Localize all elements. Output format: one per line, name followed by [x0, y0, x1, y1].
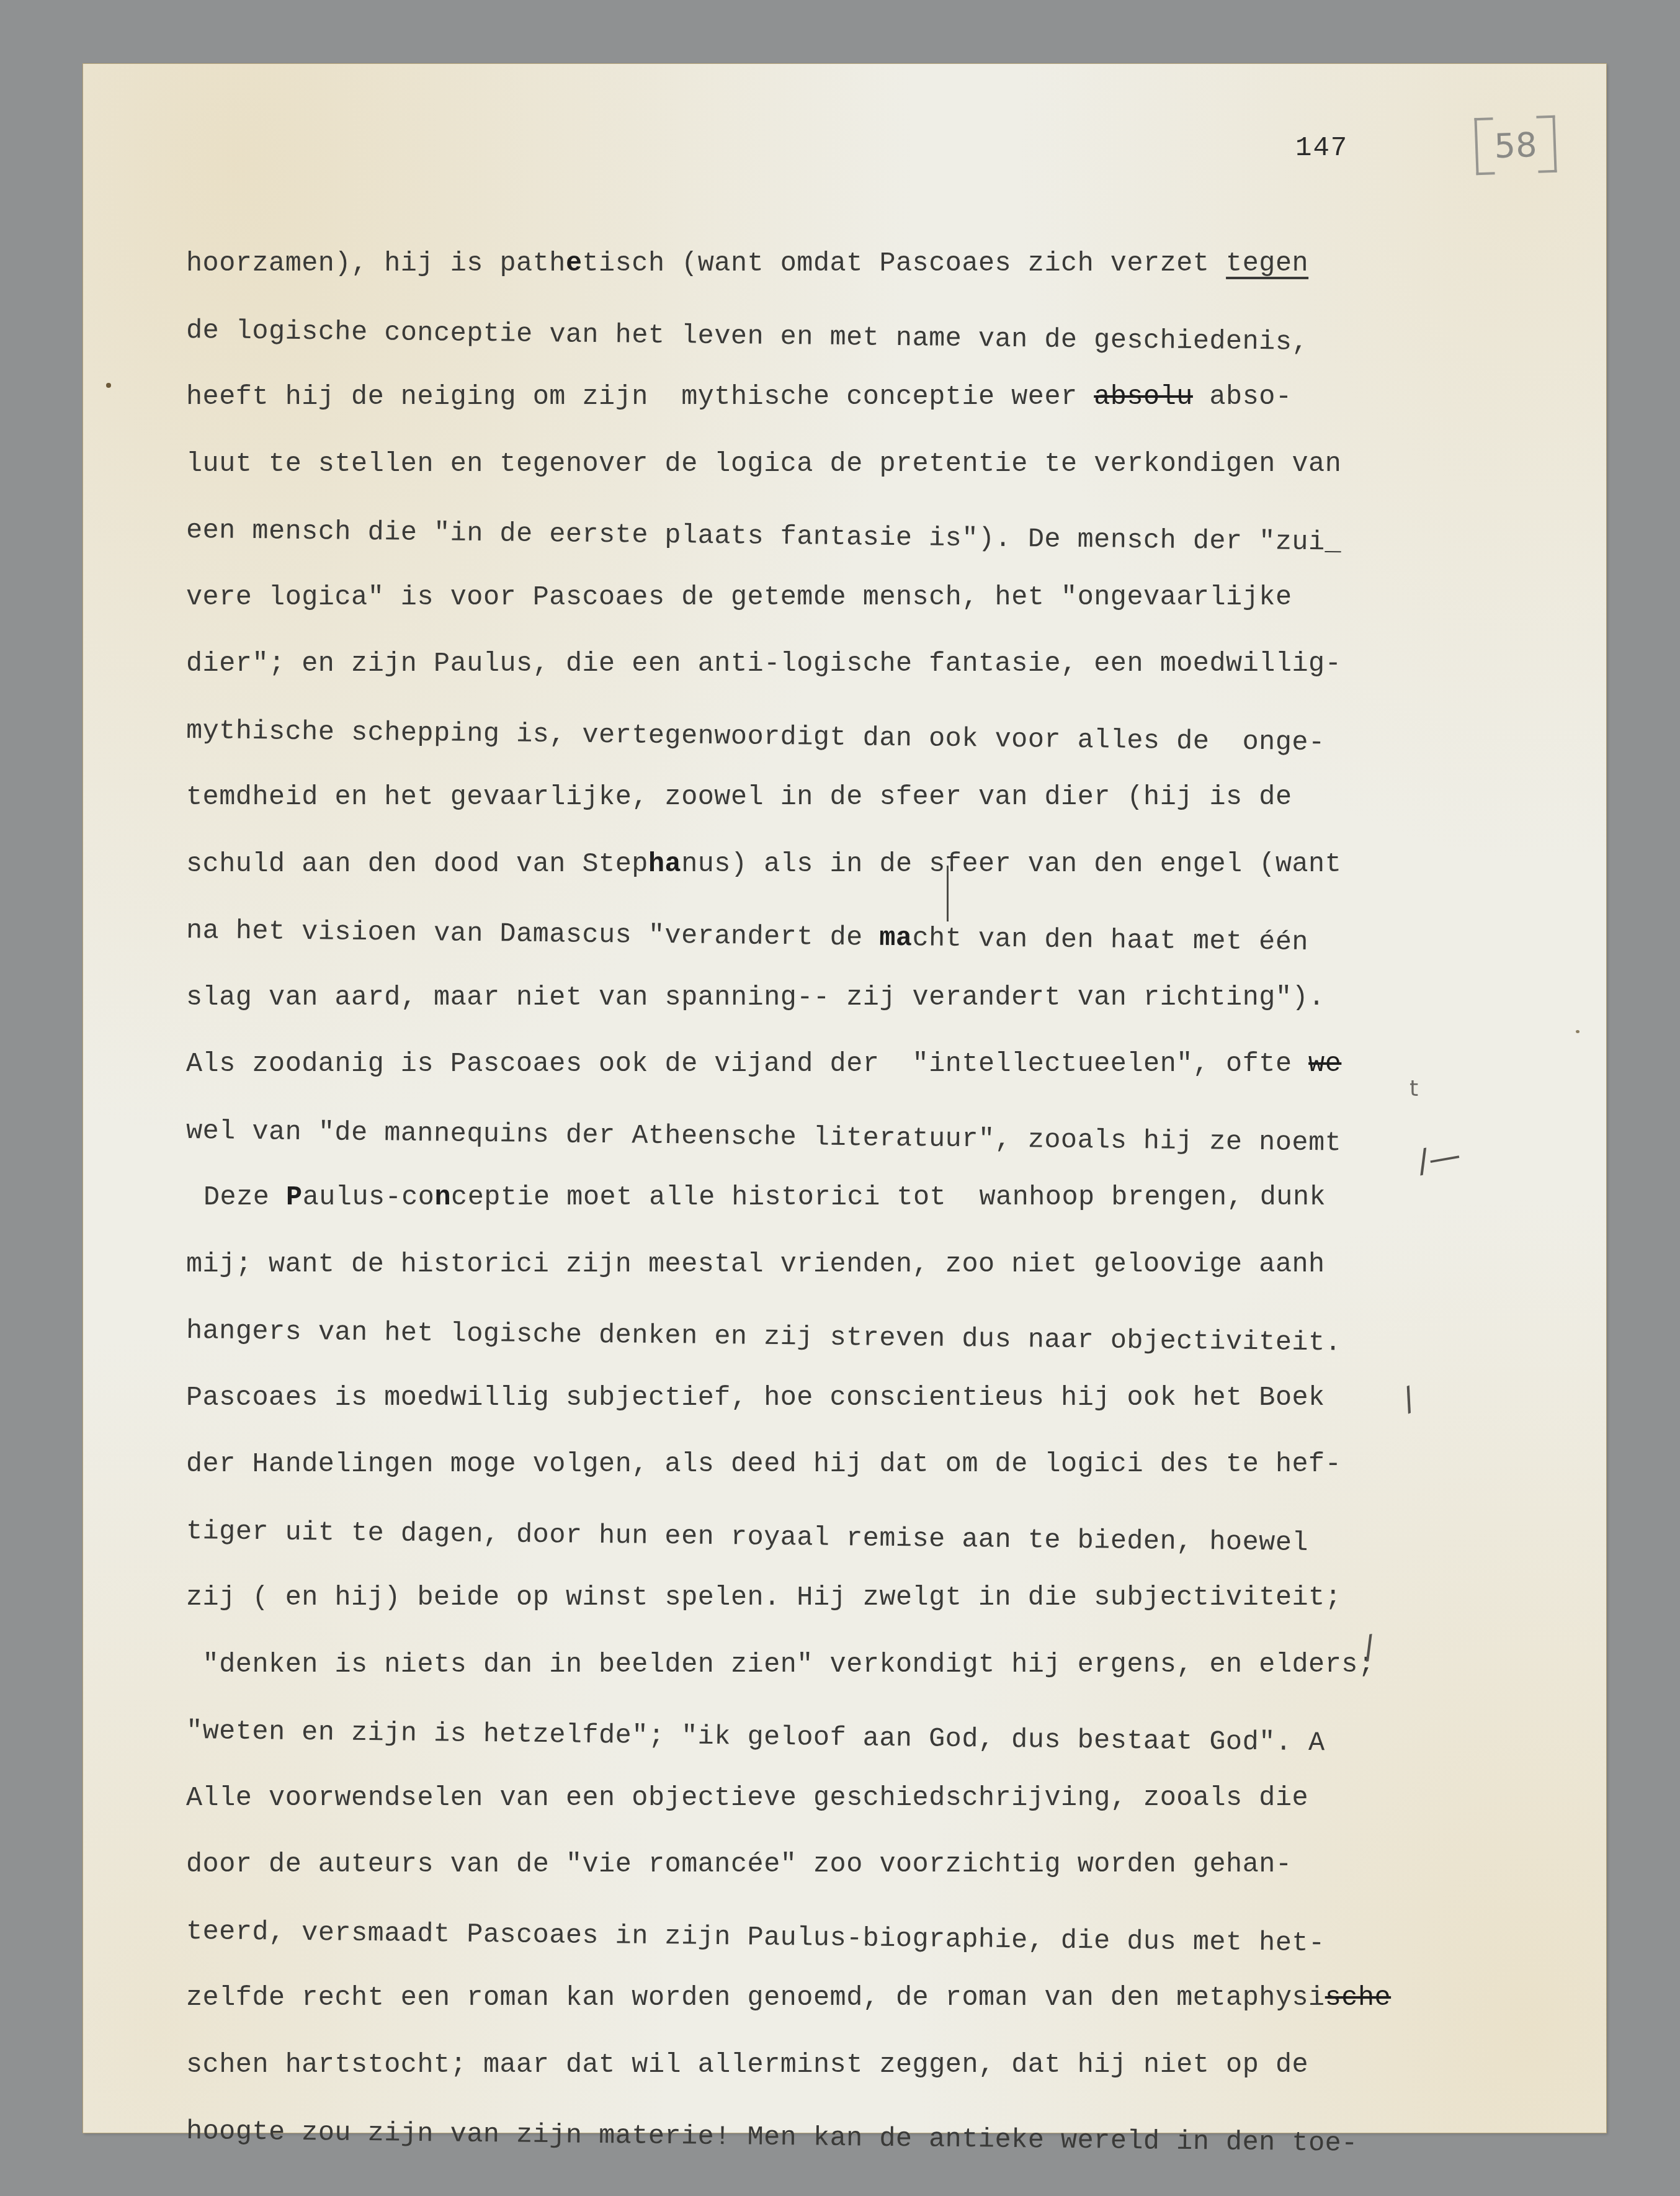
text-run: dier"; en zijn Paulus, die een anti-logi…: [186, 649, 1341, 679]
text-run: vere logica" is voor Pascoaes de getemde…: [186, 583, 1292, 613]
text-run: hoogte zou zijn van zijn materie! Men ka…: [186, 2117, 1358, 2159]
text-line: wel van "de mannequins der Atheensche li…: [185, 1098, 1508, 1179]
text-run: schen hartstocht; maar dat wil allermins…: [186, 2050, 1308, 2081]
text-line: de logische conceptie van het leven en m…: [185, 298, 1508, 379]
text-run: zelfde recht een roman kan worden genoem…: [186, 1983, 1325, 2014]
text-run: ceptie moet alle historici tot wanhoop b…: [451, 1183, 1326, 1213]
text-run: tisch (want omdat Pascoaes zich verzet: [583, 249, 1226, 279]
bracket-left-icon: [1474, 117, 1495, 175]
text-run: "weten en zijn is hetzelfde"; "ik geloof…: [186, 1716, 1325, 1759]
text-line: der Handelingen moge volgen, als deed hi…: [186, 1432, 1508, 1499]
text-line: luut te stellen en tegenover de logica d…: [186, 431, 1508, 498]
text-run: abso-: [1193, 382, 1292, 413]
text-run: door de auteurs van de "vie romancée" zo…: [186, 1850, 1292, 1880]
text-overtype: P: [286, 1183, 303, 1213]
text-run: na het visioen van Damascus "verandert d…: [186, 916, 880, 954]
text-run: mij; want de historici zijn meestal vrie…: [186, 1250, 1325, 1280]
text-line: "weten en zijn is hetzelfde"; "ik geloof…: [185, 1698, 1508, 1779]
text-line: mij; want de historici zijn meestal vrie…: [186, 1232, 1508, 1299]
text-run: teerd, versmaadt Pascoaes in zijn Paulus…: [186, 1917, 1325, 1959]
text-line: hangers van het logische denken en zij s…: [185, 1298, 1508, 1379]
pencil-correction-mark: /—: [1414, 1136, 1463, 1180]
text-run: schuld aan den dood van Step: [186, 849, 648, 880]
text-overtype: n: [434, 1183, 451, 1213]
text-run: zij ( en hij) beide op winst spelen. Hij…: [186, 1583, 1341, 1613]
text-run: nus) als in de sfeer van den engel (want: [681, 849, 1341, 880]
text-run: heeft hij de neiging om zijn mythische c…: [186, 382, 1094, 413]
text-line: door de auteurs van de "vie romancée" zo…: [186, 1832, 1508, 1899]
text-line: teerd, versmaadt Pascoaes in zijn Paulus…: [185, 1899, 1508, 1979]
text-run: wel van "de mannequins der Atheensche li…: [186, 1116, 1342, 1159]
text-overtype: e: [566, 249, 583, 279]
text-run: "denken is niets dan in beelden zien" ve…: [186, 1650, 1375, 1680]
typewritten-body: hoorzamen), hij is pathetisch (want omda…: [186, 231, 1508, 2166]
text-strike: we: [1308, 1049, 1341, 1080]
text-line: hoorzamen), hij is pathetisch (want omda…: [186, 231, 1508, 298]
text-overtype: ha: [648, 849, 681, 880]
text-run: Alle voorwendselen van een objectieve ge…: [186, 1783, 1308, 1814]
text-run: hoorzamen), hij is path: [186, 249, 566, 279]
text-run: tiger uit te dagen, door hun een royaal …: [186, 1517, 1309, 1559]
text-run: hangers van het logische denken en zij s…: [186, 1316, 1342, 1358]
text-underline: tegen: [1226, 249, 1308, 279]
text-line: na het visioen van Damascus "verandert d…: [185, 898, 1508, 979]
text-run: slag van aard, maar niet van spanning-- …: [186, 983, 1325, 1013]
text-run: een mensch die "in de eerste plaats fant…: [186, 516, 1342, 558]
text-run: de logische conceptie van het leven en m…: [186, 316, 1309, 358]
page-number: 147: [1295, 133, 1348, 164]
text-run: mythische schepping is, vertegenwoordigt…: [186, 716, 1325, 758]
text-run: Deze: [203, 1183, 286, 1213]
text-line: dier"; en zijn Paulus, die een anti-logi…: [186, 631, 1508, 698]
pencil-insertion-mark: [947, 866, 949, 921]
text-line: hoogte zou zijn van zijn materie! Men ka…: [185, 2099, 1508, 2179]
text-line: een mensch die "in de eerste plaats fant…: [185, 498, 1508, 578]
pencil-correction-t: t: [1410, 1076, 1418, 1101]
text-line: schuld aan den dood van Stephanus) als i…: [186, 831, 1508, 899]
archive-page-number-value: 58: [1494, 125, 1538, 165]
text-overtype: ma: [879, 923, 913, 954]
text-run: luut te stellen en tegenover de logica d…: [186, 449, 1341, 480]
text-run: Pascoaes is moedwillig subjectief, hoe c…: [186, 1383, 1325, 1414]
archive-page-number: 58: [1474, 115, 1557, 175]
text-run: temdheid en het gevaarlijke, zoowel in d…: [186, 782, 1292, 813]
bracket-right-icon: [1536, 115, 1557, 173]
text-run: Als zoodanig is Pascoaes ook de vijand d…: [186, 1049, 1308, 1080]
text-run: der Handelingen moge volgen, als deed hi…: [186, 1450, 1341, 1480]
paper-speck: [106, 383, 111, 388]
text-line: "denken is niets dan in beelden zien" ve…: [186, 1632, 1508, 1699]
text-strike: sche: [1325, 1983, 1391, 2014]
text-run: cht van den haat met één: [912, 923, 1308, 958]
text-line: tiger uit te dagen, door hun een royaal …: [185, 1499, 1508, 1579]
text-line: Als zoodanig is Pascoaes ook de vijand d…: [186, 1031, 1508, 1098]
text-line: mythische schepping is, vertegenwoordigt…: [185, 698, 1508, 779]
text-line: schen hartstocht; maar dat wil allermins…: [186, 2032, 1508, 2099]
paper-speck: [1576, 1030, 1579, 1033]
text-run: aulus-co: [303, 1183, 435, 1213]
text-strike: absolu: [1094, 382, 1193, 413]
